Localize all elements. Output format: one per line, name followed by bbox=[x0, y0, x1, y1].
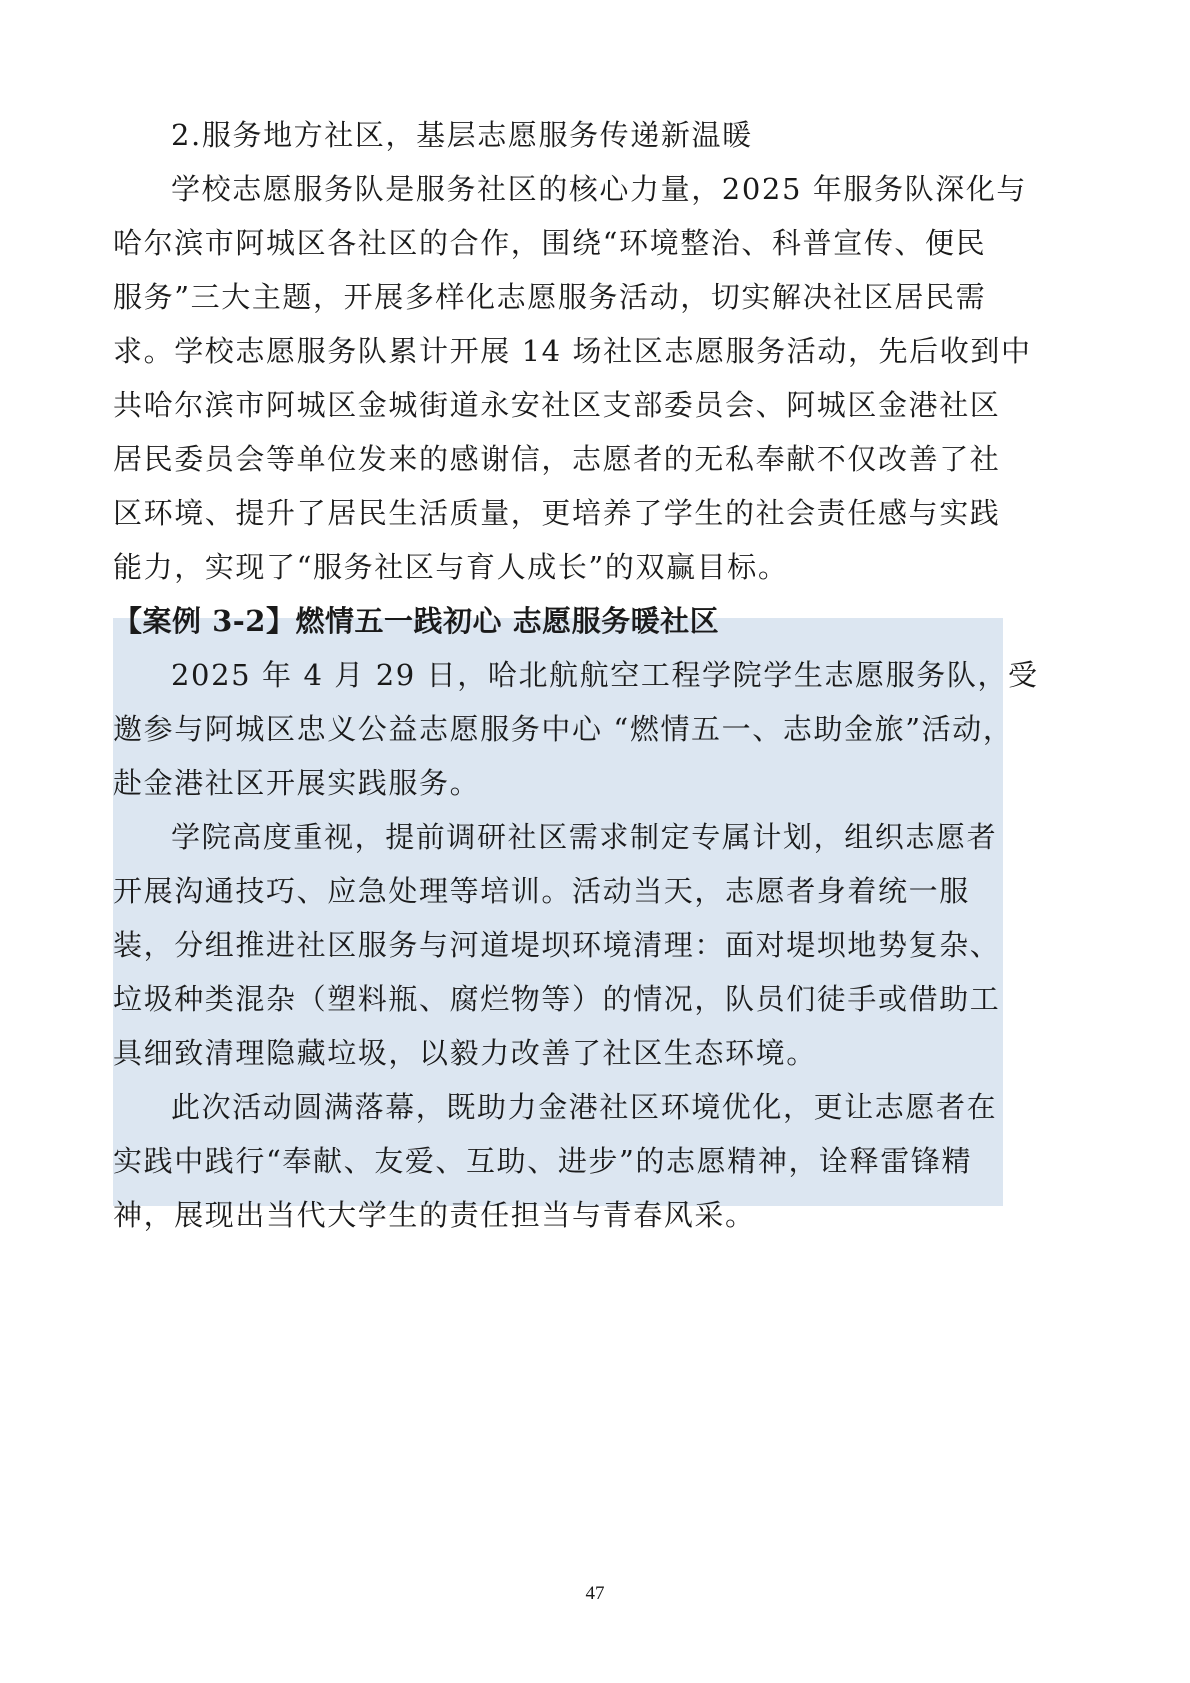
case-paragraph-line: 开展沟通技巧、应急处理等培训。活动当天，志愿者身着统一服 bbox=[113, 864, 1003, 918]
paragraph-line: 区环境、提升了居民生活质量，更培养了学生的社会责任感与实践 bbox=[113, 486, 1003, 540]
page-number: 47 bbox=[0, 1583, 1190, 1605]
paragraph-line: 能力，实现了“服务社区与育人成长”的双赢目标。 bbox=[113, 540, 1003, 594]
document-page: 2.服务地方社区，基层志愿服务传递新温暖 学校志愿服务队是服务社区的核心力量，2… bbox=[0, 0, 1190, 1683]
case-paragraph-line: 此次活动圆满落幕，既助力金港社区环境优化，更让志愿者在 bbox=[113, 1080, 1061, 1134]
paragraph-line: 学校志愿服务队是服务社区的核心力量，2025 年服务队深化与 bbox=[113, 162, 1061, 216]
paragraph-line: 求。学校志愿服务队累计开展 14 场社区志愿服务活动，先后收到中 bbox=[113, 324, 1003, 378]
paragraph-line: 服务”三大主题，开展多样化志愿服务活动，切实解决社区居民需 bbox=[113, 270, 1003, 324]
case-paragraph-line: 邀参与阿城区忠义公益志愿服务中心 “燃情五一、志助金旅”活动， bbox=[113, 702, 1003, 756]
case-paragraph-line: 装，分组推进社区服务与河道堤坝环境清理：面对堤坝地势复杂、 bbox=[113, 918, 1003, 972]
case-paragraph-line: 学院高度重视，提前调研社区需求制定专属计划，组织志愿者 bbox=[113, 810, 1061, 864]
paragraph-line: 居民委员会等单位发来的感谢信，志愿者的无私奉献不仅改善了社 bbox=[113, 432, 1003, 486]
section-heading: 2.服务地方社区，基层志愿服务传递新温暖 bbox=[113, 108, 1061, 162]
case-paragraph-line: 实践中践行“奉献、友爱、互助、进步”的志愿精神，诠释雷锋精 bbox=[113, 1134, 1003, 1188]
case-paragraph-line: 赴金港社区开展实践服务。 bbox=[113, 756, 1003, 810]
case-paragraph-line: 神，展现出当代大学生的责任担当与青春风采。 bbox=[113, 1188, 1003, 1242]
case-paragraph-line: 垃圾种类混杂（塑料瓶、腐烂物等）的情况，队员们徒手或借助工 bbox=[113, 972, 1003, 1026]
paragraph-line: 共哈尔滨市阿城区金城街道永安社区支部委员会、阿城区金港社区 bbox=[113, 378, 1003, 432]
case-paragraph-line: 2025 年 4 月 29 日，哈北航航空工程学院学生志愿服务队，受 bbox=[113, 648, 1061, 702]
paragraph-line: 哈尔滨市阿城区各社区的合作，围绕“环境整治、科普宣传、便民 bbox=[113, 216, 1003, 270]
case-paragraph-line: 具细致清理隐藏垃圾，以毅力改善了社区生态环境。 bbox=[113, 1026, 1003, 1080]
case-title: 【案例 3-2】燃情五一践初心 志愿服务暖社区 bbox=[113, 594, 1003, 648]
